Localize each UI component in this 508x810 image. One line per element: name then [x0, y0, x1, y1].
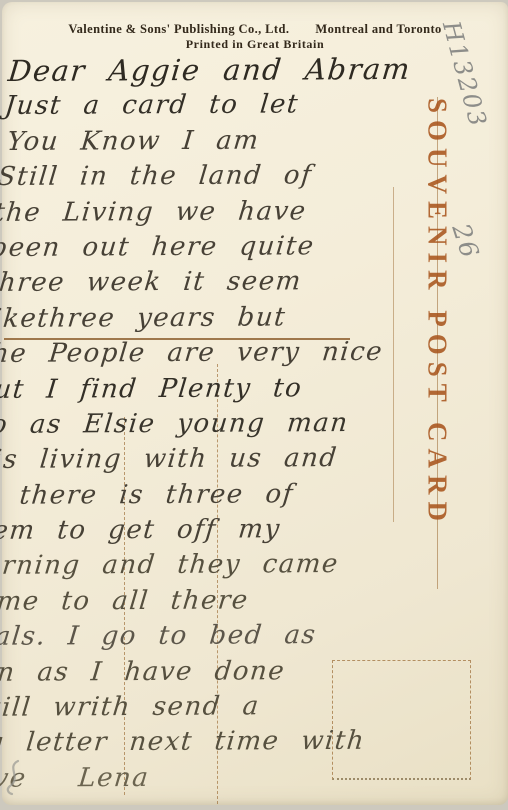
message-line: Still in the land of [0, 158, 460, 196]
message-line: do as Elsie young man [0, 405, 435, 443]
message-line: the Living we have [0, 193, 456, 231]
message-line: the People are very nice [0, 335, 442, 373]
message-line: morning and they came [0, 547, 421, 585]
message-line: Home to all there [0, 582, 417, 620]
message-line-struck: likethree years but [0, 299, 446, 337]
message-line: meals. I go to bed as [0, 618, 414, 656]
pencil-squiggle-mark [4, 758, 24, 798]
publisher-name: Valentine & Sons' Publishing Co., Ltd. [68, 22, 289, 36]
message-line: Dear Aggie and Abram [6, 52, 470, 90]
message-line: three week it seem [0, 264, 449, 302]
message-line: but I find Plenty to [0, 370, 438, 408]
message-line: I will writh send a [0, 689, 407, 727]
printed-in-line: Printed in Great Britain [2, 37, 508, 52]
publisher-line: Valentine & Sons' Publishing Co., Ltd.Mo… [2, 22, 508, 37]
message-line: so there is three of [0, 476, 428, 514]
message-line: Just a card to let [3, 87, 467, 125]
printed-header: Valentine & Sons' Publishing Co., Ltd.Mo… [2, 22, 508, 52]
publisher-cities: Montreal and Toronto [315, 22, 441, 36]
message-line: them to get off my [0, 512, 424, 550]
message-line: been out here quite [0, 229, 453, 267]
signature-line: Love Lena [0, 759, 400, 797]
message-line: is living with us and [0, 441, 431, 479]
message-line: You Know I am [0, 122, 463, 160]
postcard-scan: Valentine & Sons' Publishing Co., Ltd.Mo… [0, 0, 508, 810]
postcard: Valentine & Sons' Publishing Co., Ltd.Mo… [2, 2, 508, 805]
message-line: long letter next time with [0, 724, 403, 762]
handwritten-message: Dear Aggie and Abram Just a card to let … [0, 52, 470, 798]
message-line: soon as I have done [0, 653, 410, 691]
